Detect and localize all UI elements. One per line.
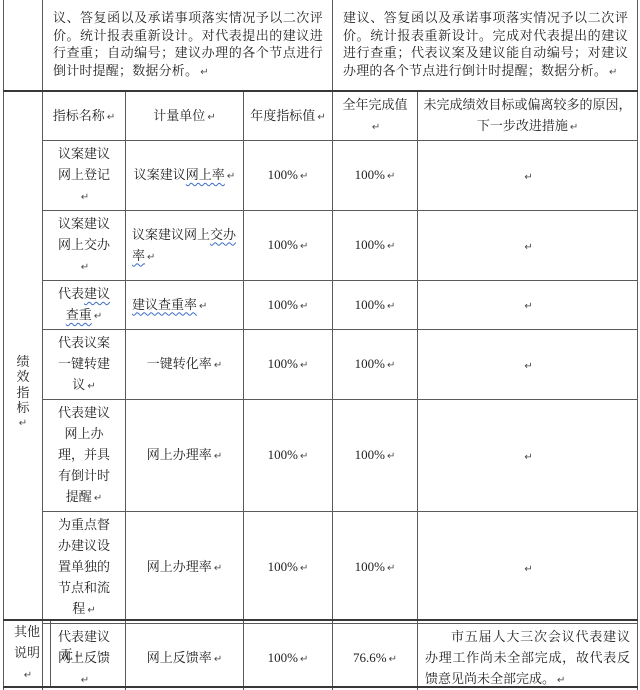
reason-cell: ↵ [418,281,638,330]
reason-cell: ↵ [418,330,638,400]
completion-cell: 100%↵ [333,211,418,281]
column-header-target: 年度指标值↵ [244,91,333,141]
pilcrow-mark: ↵ [81,262,89,273]
pilcrow-mark: ↵ [214,360,222,371]
pilcrow-mark: ↵ [300,360,308,371]
column-header-indicator: 指标名称↵ [43,91,126,141]
other-notes-table: 其他说明↵ 无↵ [3,619,638,688]
pilcrow-mark: ↵ [300,301,308,312]
target-cell: 100%↵ [244,211,333,281]
pilcrow-mark: ↵ [227,171,235,182]
other-value-cell: 无↵ [51,620,638,687]
pilcrow-mark: ↵ [214,451,222,462]
pilcrow-mark: ↵ [107,112,115,123]
continuation-text: 议、答复函以及承诺事项落实情况予以二次评价。统计报表重新设计。对代表提出的建议进… [53,10,323,78]
pilcrow-mark: ↵ [87,381,95,392]
table-row: 议案建议网上登记↵ 议案建议网上率↵ 100%↵ 100%↵ ↵ [4,141,638,211]
pilcrow-mark: ↵ [94,311,102,322]
indicator-cell: 代表建议网上办理，并具有倒计时提醒↵ [43,400,126,512]
unit-cell: 议案建议网上率↵ [126,141,244,211]
table-row: 为重点督办建议设置单独的节点和流程↵ 网上办理率↵ 100%↵ 100%↵ ↵ [4,512,638,624]
pilcrow-mark: ↵ [609,67,618,78]
pilcrow-mark: ↵ [81,192,89,203]
pilcrow-mark: ↵ [75,651,83,662]
section-label-cell: 绩效指标↵ [4,91,43,690]
continuation-cell-right: 建议、答复函以及承诺事项落实情况予以二次评价。统计报表重新设计。完成对代表提出的… [333,0,638,91]
pilcrow-mark: ↵ [372,122,380,133]
completion-cell: 100%↵ [333,512,418,624]
continuation-cell-left: 议、答复函以及承诺事项落实情况予以二次评价。统计报表重新设计。对代表提出的建议进… [43,0,333,91]
pilcrow-mark: ↵ [387,301,395,312]
target-cell: 100%↵ [244,141,333,211]
pilcrow-mark: ↵ [147,252,155,263]
pilcrow-mark: ↵ [24,670,32,681]
empty-corner-cell [4,0,43,91]
table-header-row: 绩效指标↵ 指标名称↵ 计量单位↵ 年度指标值↵ 全年完成值↵ 未完成绩效目标或… [4,91,638,141]
pilcrow-mark: ↵ [524,361,532,372]
pilcrow-mark: ↵ [524,452,532,463]
pilcrow-mark: ↵ [87,605,95,616]
pilcrow-mark: ↵ [207,112,215,123]
target-cell: 100%↵ [244,281,333,330]
indicator-cell: 议案建议网上交办↵ [43,211,126,281]
table-row: 议、答复函以及承诺事项落实情况予以二次评价。统计报表重新设计。对代表提出的建议进… [4,0,638,91]
pilcrow-mark: ↵ [16,416,31,432]
pilcrow-mark: ↵ [570,122,578,133]
reason-cell: ↵ [418,141,638,211]
document-page: 议、答复函以及承诺事项落实情况予以二次评价。统计报表重新设计。对代表提出的建议进… [0,0,640,690]
pilcrow-mark: ↵ [387,241,395,252]
table-row: 代表建议查重↵ 建议查重率↵ 100%↵ 100%↵ ↵ [4,281,638,330]
completion-cell: 100%↵ [333,281,418,330]
section-label: 绩效指标↵ [16,354,31,432]
indicator-cell: 代表建议查重↵ [43,281,126,330]
target-cell: 100%↵ [244,400,333,512]
target-cell: 100%↵ [244,330,333,400]
completion-cell: 100%↵ [333,330,418,400]
pilcrow-mark: ↵ [300,171,308,182]
pilcrow-mark: ↵ [524,564,532,575]
target-cell: 100%↵ [244,512,333,624]
unit-cell: 建议查重率↵ [126,281,244,330]
pilcrow-mark: ↵ [199,301,207,312]
indicator-cell: 为重点督办建议设置单独的节点和流程↵ [43,512,126,624]
pilcrow-mark: ↵ [200,67,209,78]
pilcrow-mark: ↵ [524,242,532,253]
pilcrow-mark: ↵ [387,360,395,371]
unit-cell: 网上办理率↵ [126,400,244,512]
pilcrow-mark: ↵ [387,563,395,574]
reason-cell: ↵ [418,512,638,624]
reason-cell: ↵ [418,400,638,512]
completion-cell: 100%↵ [333,141,418,211]
pilcrow-mark: ↵ [214,563,222,574]
indicator-cell: 议案建议网上登记↵ [43,141,126,211]
other-label-cell: 其他说明↵ [4,620,51,687]
pilcrow-mark: ↵ [524,172,532,183]
pilcrow-mark: ↵ [94,493,102,504]
reason-cell: ↵ [418,211,638,281]
column-header-unit: 计量单位↵ [126,91,244,141]
table-row: 议案建议网上交办↵ 议案建议网上交办率↵ 100%↵ 100%↵ ↵ [4,211,638,281]
indicator-cell: 代表议案一键转建议↵ [43,330,126,400]
pilcrow-mark: ↵ [387,451,395,462]
pilcrow-mark: ↵ [300,241,308,252]
column-header-completion: 全年完成值↵ [333,91,418,141]
pilcrow-mark: ↵ [300,451,308,462]
table-row: 代表建议网上办理，并具有倒计时提醒↵ 网上办理率↵ 100%↵ 100%↵ ↵ [4,400,638,512]
unit-cell: 一键转化率↵ [126,330,244,400]
performance-indicator-table: 议、答复函以及承诺事项落实情况予以二次评价。统计报表重新设计。对代表提出的建议进… [3,0,638,690]
continuation-text: 建议、答复函以及承诺事项落实情况予以二次评价。统计报表重新设计。完成对代表提出的… [343,10,628,78]
table-row: 代表议案一键转建议↵ 一键转化率↵ 100%↵ 100%↵ ↵ [4,330,638,400]
unit-cell: 议案建议网上交办率↵ [126,211,244,281]
pilcrow-mark: ↵ [387,171,395,182]
pilcrow-mark: ↵ [317,112,325,123]
pilcrow-mark: ↵ [300,563,308,574]
pilcrow-mark: ↵ [524,301,532,312]
completion-cell: 100%↵ [333,400,418,512]
table-row: 其他说明↵ 无↵ [4,620,638,687]
column-header-reason: 未完成绩效目标或偏离较多的原因，下一步改进措施↵ [418,91,638,141]
unit-cell: 网上办理率↵ [126,512,244,624]
